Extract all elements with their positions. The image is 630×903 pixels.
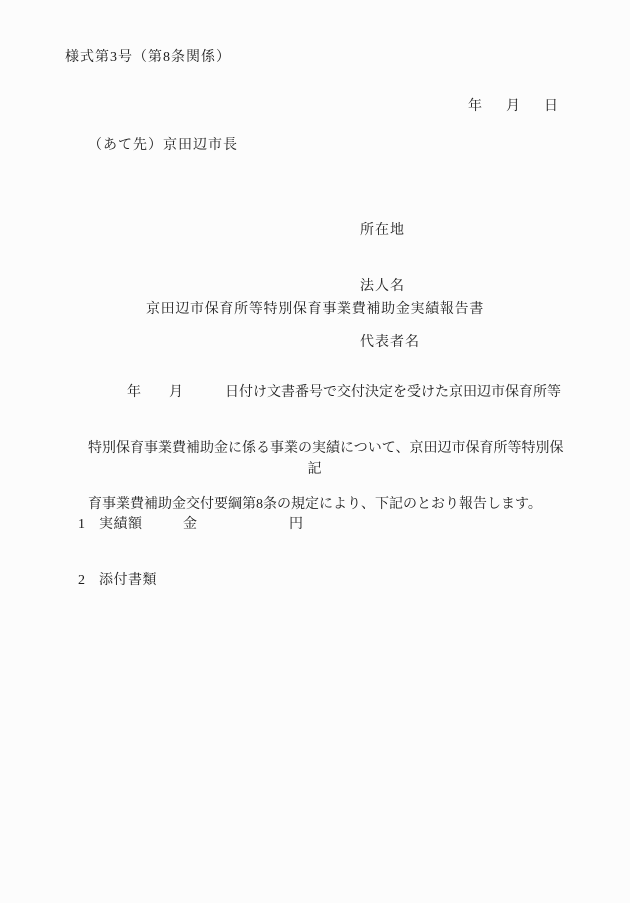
body-paragraph-line: 特別保育事業費補助金に係る事業の実績について、京田辺市保育所等特別保 [88,435,578,463]
item-number: 1 [78,518,85,532]
addressee-line: （あて先）京田辺市長 [88,139,238,153]
amount-prefix-yen-kanji: 金 [183,518,197,532]
item-label-attached-documents: 添付書類 [99,574,157,588]
body-paragraph-line: 育事業費補助金交付要綱第8条の規定により、下記のとおり報告します。 [88,491,578,519]
amount-suffix-yen-unit: 円 [289,518,303,532]
document-title: 京田辺市保育所等特別保育事業費補助金実績報告書 [0,303,630,317]
item-label-actual-amount: 実績額 [99,518,143,532]
body-paragraph-line: 年 月 日付け文書番号で交付決定を受けた京田辺市保育所等 [88,379,578,407]
date-line: 年 月 日 [468,100,563,114]
document-page: 様式第3号（第8条関係） 年 月 日 （あて先）京田辺市長 所在地 法人名 代表… [0,0,630,903]
form-number: 様式第3号（第8条関係） [65,51,231,65]
item-number: 2 [78,574,85,588]
sender-field-location: 所在地 [360,224,420,252]
record-marker: 記 [0,463,630,477]
list-item-attached-documents: 2 添付書類 [0,574,630,590]
list-item-actual-amount: 1 実績額 金 円 [0,518,630,534]
